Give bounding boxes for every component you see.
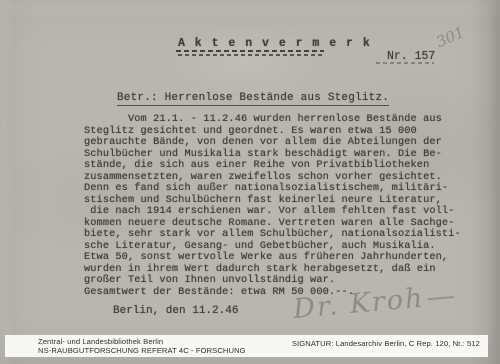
memo-body-text: Vom 21.1. - 11.2.46 wurden herrenlose Be… — [84, 114, 461, 298]
subject-line: Betr.: Herrenlose Bestände aus Steglitz. — [117, 92, 389, 106]
footer-library-name: Zentral- und Landesbibliothek Berlin — [38, 337, 246, 346]
footer-library-block: Zentral- und Landesbibliothek Berlin NS-… — [38, 337, 246, 355]
pencil-page-number: 301 — [434, 23, 467, 51]
archive-footer-bar: Zentral- und Landesbibliothek Berlin NS-… — [5, 335, 488, 357]
memo-number-underline — [376, 62, 434, 64]
scanned-memo-document: A k t e n v e r m e r k Nr. 157 301 Betr… — [0, 0, 500, 364]
footer-department: NS-RAUBGUTFORSCHUNG REFERAT 4C - FORSCHU… — [38, 346, 246, 355]
memo-title-underline — [176, 50, 324, 56]
dateline: Berlin, den 11.2.46 — [113, 305, 238, 317]
memo-title: A k t e n v e r m e r k — [178, 37, 371, 50]
footer-signatur: SIGNATUR: Landesarchiv Berlin, C Rep. 12… — [292, 339, 480, 348]
